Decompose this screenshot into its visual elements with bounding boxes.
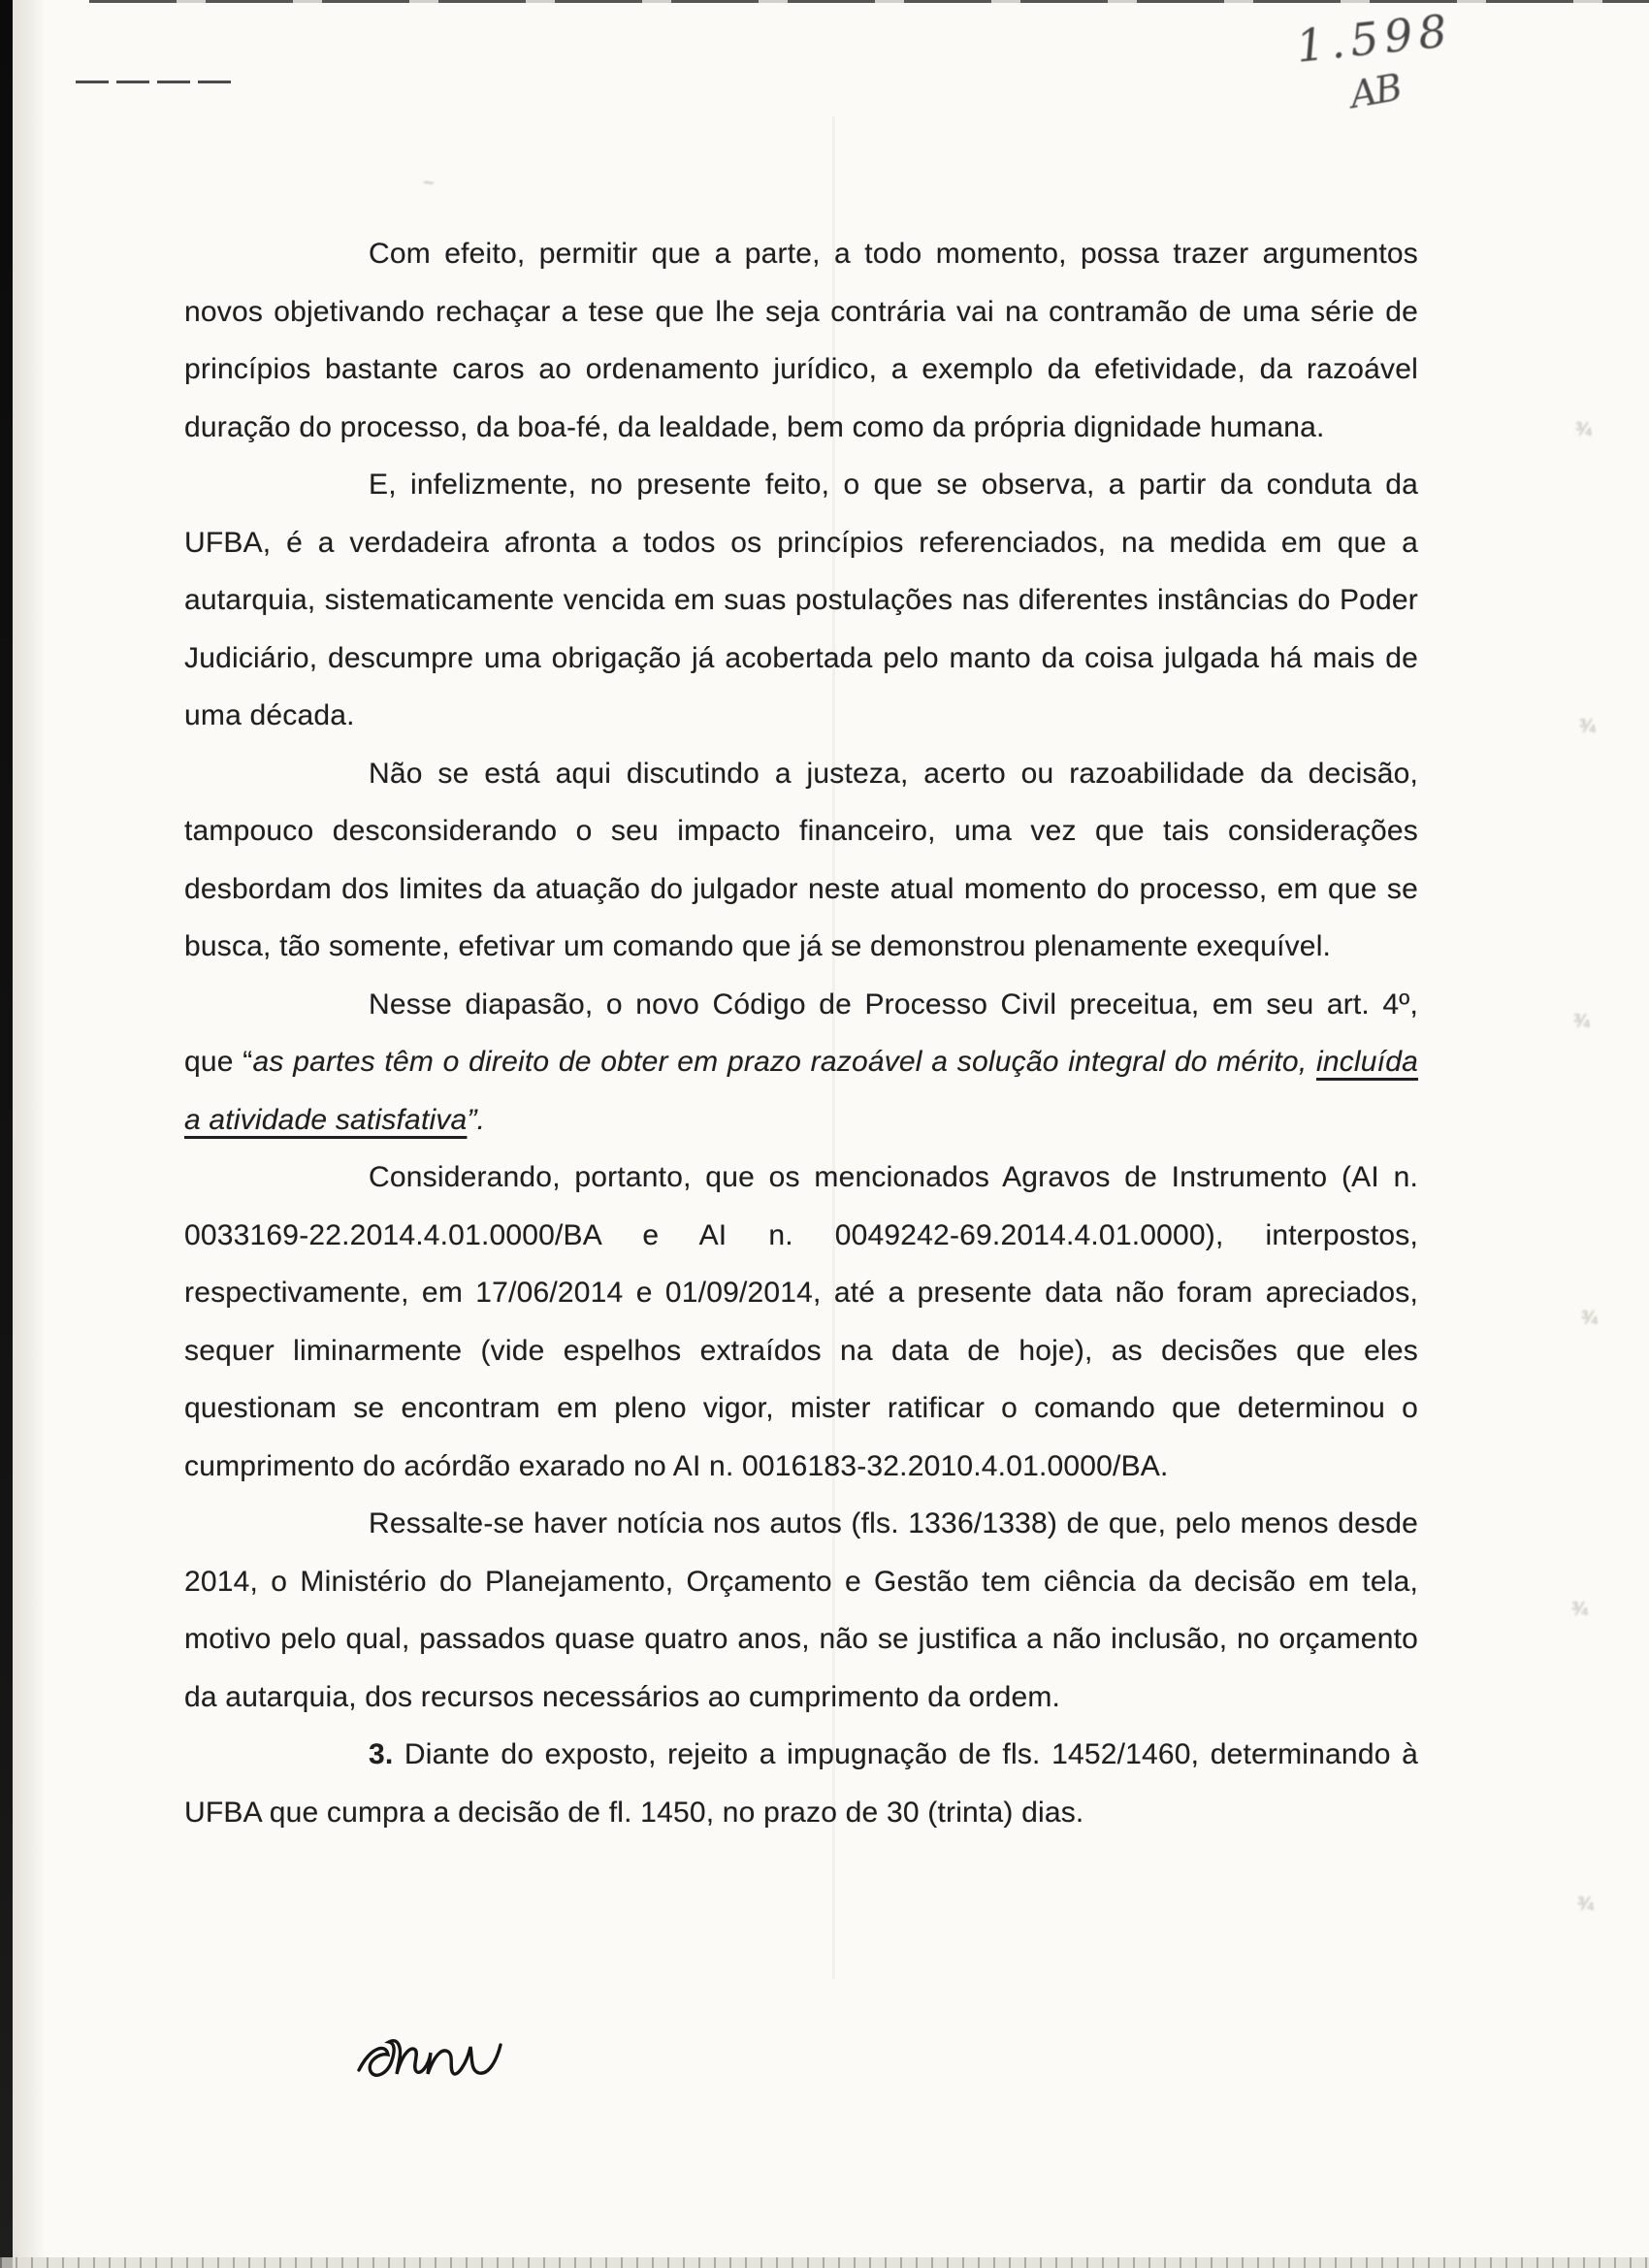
paragraph: Nesse diapasão, o novo Código de Process… xyxy=(184,976,1418,1150)
text-segment: Com efeito, permitir que a parte, a todo… xyxy=(184,238,1418,443)
scanned-page: { "document": { "handwritten": { "folio"… xyxy=(0,0,1649,2268)
scan-edge-left-gray xyxy=(13,0,46,2268)
text-segment: ”. xyxy=(467,1104,485,1136)
paragraph: Considerando, portanto, que os mencionad… xyxy=(184,1149,1418,1495)
scan-speck: ¾ xyxy=(1573,1011,1590,1033)
scan-speck: ¾ xyxy=(1571,1599,1588,1621)
scan-dashed-mark xyxy=(76,81,233,83)
scan-speck: ¾ xyxy=(1581,1308,1598,1330)
scan-speck: ¾ xyxy=(1579,716,1596,738)
handwritten-folio-number: 1.598 xyxy=(1294,3,1464,72)
scan-edge-top-line xyxy=(89,0,1649,3)
scan-speck: ¾ xyxy=(1575,419,1592,441)
text-segment: as partes têm o direito de obter em praz… xyxy=(252,1046,1316,1078)
scan-edge-left-black xyxy=(0,0,13,2268)
text-segment: Considerando, portanto, que os mencionad… xyxy=(184,1161,1418,1482)
paragraph: Não se está aqui discutindo a justeza, a… xyxy=(184,745,1418,976)
text-segment: 3. xyxy=(369,1738,393,1770)
scan-edge-bottom-band xyxy=(0,2257,1649,2268)
document-body: Com efeito, permitir que a parte, a todo… xyxy=(184,225,1418,1841)
signature-rubric xyxy=(351,2020,535,2090)
text-segment: Não se está aqui discutindo a justeza, a… xyxy=(184,758,1418,963)
paragraph: Com efeito, permitir que a parte, a todo… xyxy=(184,225,1418,456)
text-segment: Ressalte-se haver notícia nos autos (fls… xyxy=(184,1507,1418,1713)
scan-speck: ~ xyxy=(423,173,435,195)
handwritten-initials: AB xyxy=(1347,66,1404,116)
scan-speck: ¾ xyxy=(1577,1894,1594,1916)
paragraph: Ressalte-se haver notícia nos autos (fls… xyxy=(184,1495,1418,1726)
paragraph: E, infelizmente, no presente feito, o qu… xyxy=(184,456,1418,745)
paragraph: 3. Diante do exposto, rejeito a impugnaç… xyxy=(184,1726,1418,1841)
text-segment: E, infelizmente, no presente feito, o qu… xyxy=(184,469,1418,731)
